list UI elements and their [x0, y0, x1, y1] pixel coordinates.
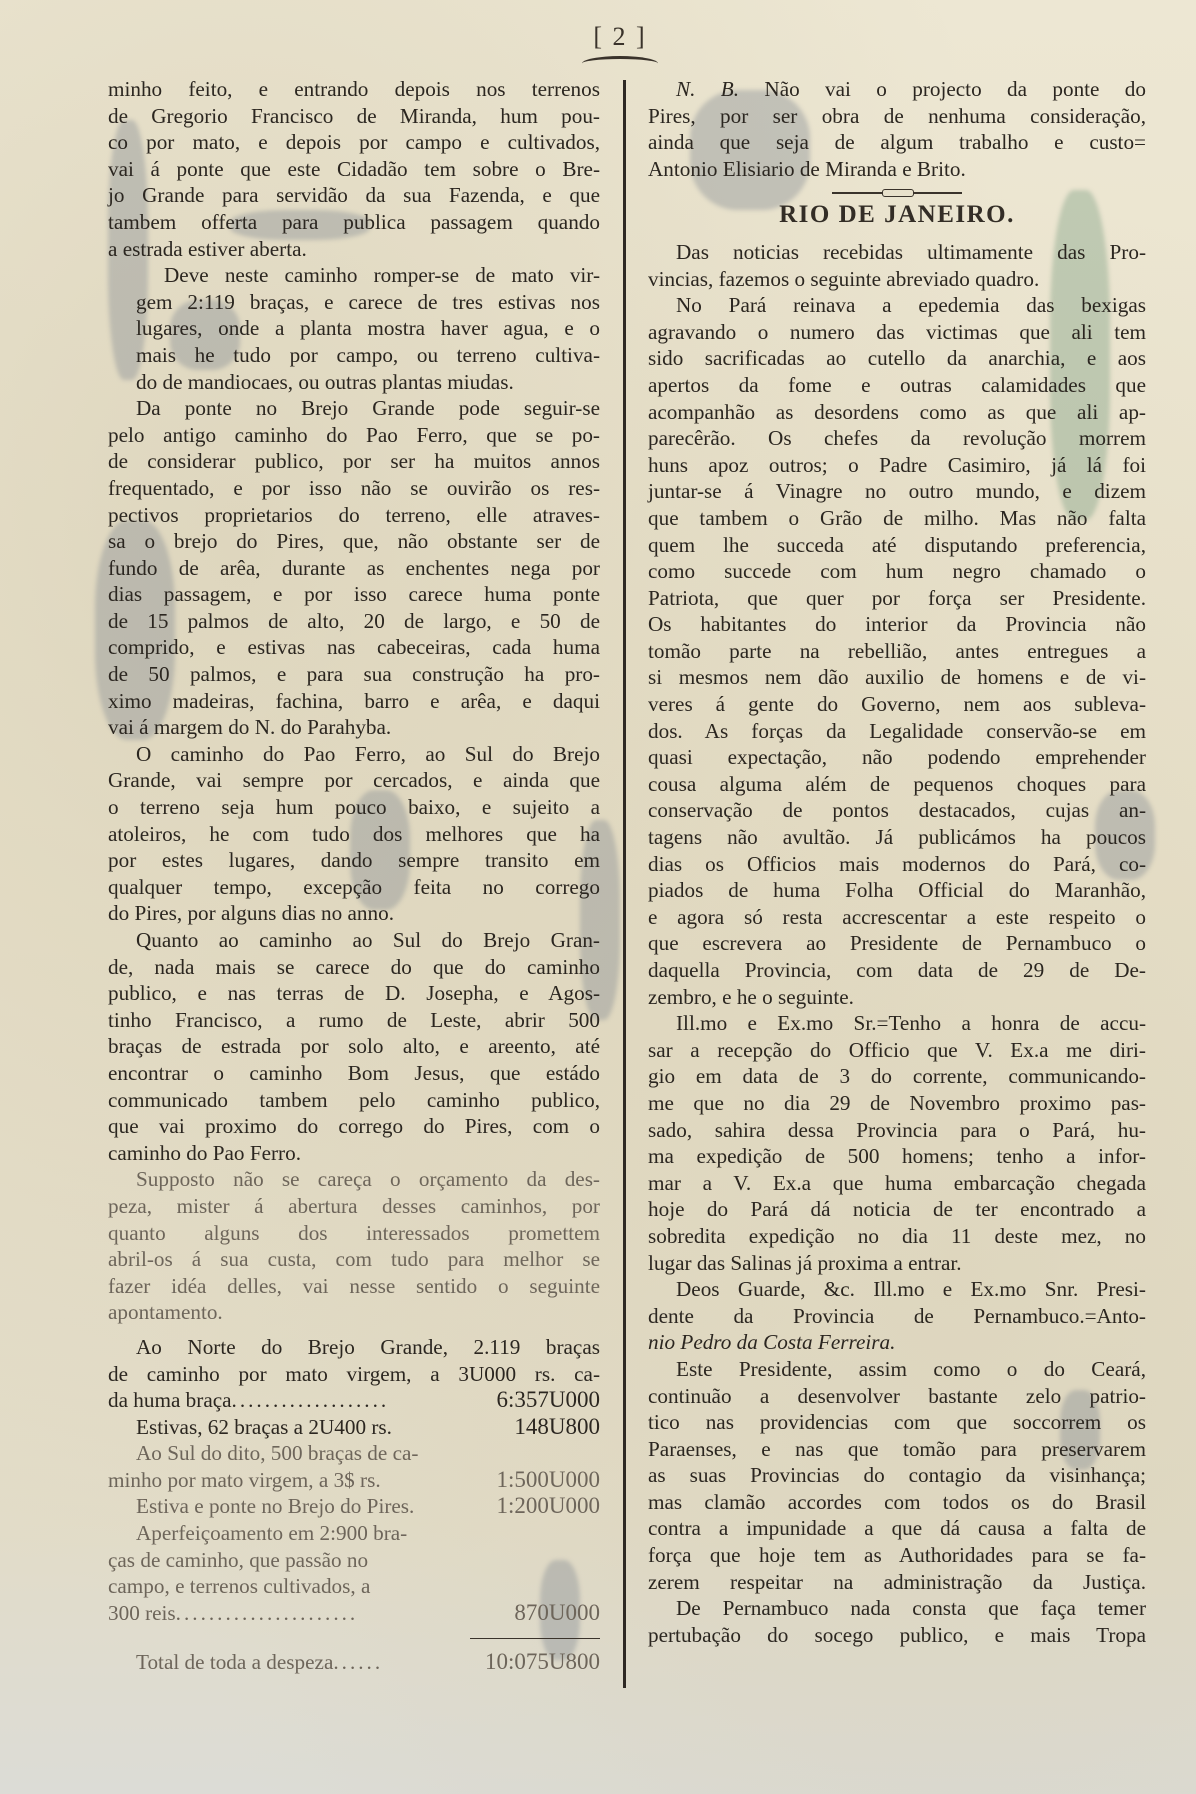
- text-line: Não vai o projecto da ponte do: [764, 77, 1146, 101]
- text-line: a estrada estiver aberta.: [108, 236, 600, 263]
- text-line: Supposto não se careça o orçamento da de…: [108, 1166, 600, 1193]
- text-line: Deve neste caminho romper-se de mato vir…: [108, 262, 600, 289]
- text-line: Quanto ao caminho ao Sul do Brejo Gran-: [108, 927, 600, 954]
- text-line: piados de huma Folha Official do Maranhã…: [648, 877, 1146, 904]
- ledger-amount: 6:357U000: [480, 1387, 600, 1414]
- paragraph: Quanto ao caminho ao Sul do Brejo Gran- …: [108, 927, 600, 1166]
- text-line: publico, e nas terras de D. Josepha, e A…: [108, 980, 600, 1007]
- text-line: caminho do Pao Ferro.: [108, 1140, 600, 1167]
- ledger-description: 300 reis: [108, 1601, 176, 1625]
- text-line: dos. As forças da Legalidade conservão-s…: [648, 718, 1146, 745]
- text-line: Grande, vai sempre por cercados, e ainda…: [108, 767, 600, 794]
- text-line: Paraenses, e nas que tomão para preserva…: [648, 1436, 1146, 1463]
- text-line: hoje do Pará dá noticia de ter encontrad…: [648, 1196, 1146, 1223]
- ledger-description: Aperfeiçoamento em 2:900 bra-: [108, 1520, 600, 1547]
- text-line: que tambem o Grão de milho. Mas não falt…: [648, 505, 1146, 532]
- text-line: apontamento.: [108, 1299, 600, 1326]
- text-line: atoleiros, he com tudo dos melhores que …: [108, 821, 600, 848]
- text-line: tinho Francisco, a rumo de Leste, abrir …: [108, 1007, 600, 1034]
- nb-label: N. B.: [676, 77, 739, 101]
- text-line: vai á margem do N. do Parahyba.: [108, 714, 600, 741]
- ledger-total-amount: 10:075U800: [485, 1649, 600, 1676]
- ledger-description: Ao Norte do Brejo Grande, 2.119 braças: [108, 1334, 600, 1361]
- text-line: quanto alguns dos interessados promettem: [108, 1220, 600, 1247]
- ledger-total-row: Total de toda a despeza...... 10:075U800: [108, 1649, 600, 1676]
- ledger-description: da huma braça: [108, 1388, 232, 1412]
- text-line: que vai proximo do corrego do Pires, com…: [108, 1113, 600, 1140]
- text-line: sa o brejo do Pires, que, não obstante s…: [108, 528, 600, 555]
- text-line: Antonio Elisiario de Miranda e Brito.: [648, 156, 1146, 183]
- ledger-amount: 148U800: [480, 1414, 600, 1441]
- text-line: tico nas providencias com que soccorrem …: [648, 1409, 1146, 1436]
- text-line: tagens não avultão. Já publicámos ha pou…: [648, 824, 1146, 851]
- text-line: do Pires, por alguns dias no anno.: [108, 900, 600, 927]
- ledger-row: Aperfeiçoamento em 2:900 bra- ças de cam…: [108, 1520, 600, 1626]
- section-title: RIO DE JANEIRO.: [648, 202, 1146, 229]
- text-line: acompanhão as desordens como as que ali …: [648, 399, 1146, 426]
- text-line: força que hoje tem as Authoridades para …: [648, 1542, 1146, 1569]
- text-line: de considerar publico, por ser ha muitos…: [108, 448, 600, 475]
- text-line: o terreno seja hum pouco baixo, e sujeit…: [108, 794, 600, 821]
- text-line: minho feito, e entrando depois nos terre…: [108, 76, 600, 103]
- text-line: conservação de pontos destacados, cujas …: [648, 797, 1146, 824]
- text-line: de Gregorio Francisco de Miranda, hum po…: [108, 103, 600, 130]
- text-line: jo Grande para servidão da sua Fazenda, …: [108, 182, 600, 209]
- text-line: lugares, onde a planta mostra haver agua…: [108, 315, 600, 342]
- text-line: De Pernambuco nada consta que faça temer: [648, 1595, 1146, 1622]
- text-line: as suas Provincias do contagio da visinh…: [648, 1462, 1146, 1489]
- text-line: Ill.mo e Ex.mo Sr.=Tenho a honra de accu…: [648, 1010, 1146, 1037]
- text-line: gem 2:119 braças, e carece de tres estiv…: [108, 289, 600, 316]
- text-line: sar a recepção do Officio que V. Ex.a me…: [648, 1037, 1146, 1064]
- text-line: braças de estrada por solo alto, e areen…: [108, 1033, 600, 1060]
- text-line: Da ponte no Brejo Grande pode seguir-se: [108, 395, 600, 422]
- ledger-row: Ao Norte do Brejo Grande, 2.119 braças d…: [108, 1334, 600, 1414]
- paragraph: Das noticias recebidas ultimamente das P…: [648, 239, 1146, 292]
- paragraph: De Pernambuco nada consta que faça temer…: [648, 1595, 1146, 1648]
- text-line: contra a impunidade a que dá causa a fal…: [648, 1515, 1146, 1542]
- text-line: dias os Officios mais modernos do Pará, …: [648, 851, 1146, 878]
- text-line: ma expedição de 500 homens; tenho a info…: [648, 1143, 1146, 1170]
- text-line: me que no dia 29 de Novembro proximo pas…: [648, 1090, 1146, 1117]
- ledger-row: Estivas, 62 braças a 2U400 rs. 148U800: [108, 1414, 600, 1441]
- text-line: parecêrão. Os chefes da revolução morrem: [648, 425, 1146, 452]
- text-line: que escrevera ao Presidente de Pernambuc…: [648, 930, 1146, 957]
- text-line: dente da Provincia de Pernambuco.=Anto-: [648, 1303, 1146, 1330]
- text-line: sado, sahira dessa Provincia para o Pará…: [648, 1117, 1146, 1144]
- text-line: co por mato, e depois por campo e cultiv…: [108, 129, 600, 156]
- text-line: gio em data de 3 do corrente, communican…: [648, 1063, 1146, 1090]
- text-line: de, nada mais se carece do que do caminh…: [108, 954, 600, 981]
- text-line: qualquer tempo, excepção feita no correg…: [108, 874, 600, 901]
- text-line: continuão a desenvolver bastante zelo pa…: [648, 1383, 1146, 1410]
- text-line: veres á gente do Governo, nem aos sublev…: [648, 691, 1146, 718]
- text-line: Patriota, que quer por força ser Preside…: [648, 585, 1146, 612]
- ledger-description: Ao Sul do dito, 500 braças de ca-: [108, 1440, 600, 1467]
- text-line: como succede com hum negro chamado o: [648, 558, 1146, 585]
- text-line: Os habitantes do interior da Provincia n…: [648, 611, 1146, 638]
- text-line: por estes lugares, dando sempre transito…: [108, 847, 600, 874]
- ledger-description: campo, e terrenos cultivados, a: [108, 1573, 600, 1600]
- text-line: zerem respeitar na administração da Just…: [648, 1569, 1146, 1596]
- ledger-dots: ......: [333, 1650, 383, 1674]
- nb-paragraph: N. B. Não vai o projecto da ponte do Pir…: [648, 76, 1146, 182]
- ledger-description: minho por mato virgem, a 3$ rs.: [108, 1467, 480, 1494]
- text-line: quem lhe succeda até disputando preferen…: [648, 532, 1146, 559]
- column-divider: [623, 80, 626, 1688]
- text-line: agravando o numero das victimas que ali …: [648, 319, 1146, 346]
- page-number: [ 2 ]: [585, 22, 655, 52]
- text-line: zembro, e he o seguinte.: [648, 984, 1146, 1011]
- section-divider-ornament: [832, 192, 962, 194]
- text-line: vincias, fazemos o seguinte abreviado qu…: [648, 266, 1146, 293]
- text-line: mar a V. Ex.a que huma embarcação chegad…: [648, 1170, 1146, 1197]
- text-line: Das noticias recebidas ultimamente das P…: [648, 239, 1146, 266]
- text-line: Pires, por ser obra de nenhuma considera…: [648, 103, 1146, 130]
- text-line: encontrar o caminho Bom Jesus, que estád…: [108, 1060, 600, 1087]
- text-line: lugar das Salinas já proxima a entrar.: [648, 1250, 1146, 1277]
- text-line: tambem offerta para publica passagem qua…: [108, 209, 600, 236]
- text-line: ainda que seja de algum trabalho e custo…: [648, 129, 1146, 156]
- text-line: pectivos proprietarios do terreno, elle …: [108, 502, 600, 529]
- text-line: ximo madeiras, fachina, barro e arêa, e …: [108, 688, 600, 715]
- text-line: communicado tambem pelo caminho publico,: [108, 1087, 600, 1114]
- left-column: minho feito, e entrando depois nos terre…: [108, 76, 600, 1676]
- text-line: do de mandiocaes, ou outras plantas miud…: [108, 369, 600, 396]
- ledger-amount: 1:500U000: [480, 1467, 600, 1494]
- ledger-row: Estiva e ponte no Brejo do Pires. 1:200U…: [108, 1493, 600, 1520]
- text-line: quasi expectação, não podendo emprehende…: [648, 744, 1146, 771]
- ledger-amount: 870U000: [480, 1600, 600, 1627]
- text-line: cousa alguma além de pequenos choques pa…: [648, 771, 1146, 798]
- ledger-description: Estivas, 62 braças a 2U400 rs.: [108, 1414, 480, 1441]
- ledger-description: Estiva e ponte no Brejo do Pires.: [108, 1493, 480, 1520]
- paragraph: minho feito, e entrando depois nos terre…: [108, 76, 600, 262]
- paragraph: No Pará reinava a epedemia das bexigas a…: [648, 292, 1146, 1010]
- text-line: Deos Guarde, &c. Ill.mo e Ex.mo Snr. Pre…: [648, 1276, 1146, 1303]
- ledger-total-label: Total de toda a despeza: [136, 1650, 333, 1674]
- text-line: fundo de arêa, durante as enchentes nega…: [108, 555, 600, 582]
- ledger-description: de caminho por mato virgem, a 3U000 rs. …: [108, 1361, 600, 1388]
- text-line: comprido, e estivas nas cabeceiras, cada…: [108, 634, 600, 661]
- text-line: frequentado, e por isso não se ouvirão o…: [108, 475, 600, 502]
- ledger-description: ças de caminho, que passão no: [108, 1547, 600, 1574]
- text-line: tomão parte na rebellião, antes entregue…: [648, 638, 1146, 665]
- text-line: mais he tudo por campo, ou terreno culti…: [108, 342, 600, 369]
- text-line: sido sacrificadas ao cutello da anarchia…: [648, 345, 1146, 372]
- page-number-ornament: [582, 56, 658, 71]
- paragraph: Supposto não se careça o orçamento da de…: [108, 1166, 600, 1326]
- text-line: de 50 palmos, e para sua construção ha p…: [108, 661, 600, 688]
- newspaper-page: [ 2 ] minho feito, e entrando depois nos…: [0, 0, 1196, 1794]
- paragraph: Este Presidente, assim como o do Ceará, …: [648, 1356, 1146, 1595]
- ledger-dots: ......................: [176, 1601, 359, 1625]
- text-line: abril-os á sua custa, com tudo para melh…: [108, 1246, 600, 1273]
- ledger-dots: ...................: [232, 1388, 390, 1412]
- ledger-row: Ao Sul do dito, 500 braças de ca- minho …: [108, 1440, 600, 1493]
- text-line: daquella Provincia, com data de 29 de De…: [648, 957, 1146, 984]
- text-line: sobredita expedição no dia 11 deste mez,…: [648, 1223, 1146, 1250]
- text-line: e agora só resta accrescentar a este res…: [648, 904, 1146, 931]
- text-line: juntar-se á Vinagre no outro mundo, e di…: [648, 478, 1146, 505]
- paragraph: Da ponte no Brejo Grande pode seguir-se …: [108, 395, 600, 741]
- expense-ledger: Ao Norte do Brejo Grande, 2.119 braças d…: [108, 1334, 600, 1676]
- paragraph: O caminho do Pao Ferro, ao Sul do Brejo …: [108, 741, 600, 927]
- text-line: dias passagem, e por isso carece huma po…: [108, 581, 600, 608]
- text-line: huns apoz outros; o Padre Casimiro, já l…: [648, 452, 1146, 479]
- text-line: peza, mister á abertura desses caminhos,…: [108, 1193, 600, 1220]
- official-letter: Ill.mo e Ex.mo Sr.=Tenho a honra de accu…: [648, 1010, 1146, 1276]
- ledger-sum-rule: [470, 1638, 600, 1639]
- paragraph: Deve neste caminho romper-se de mato vir…: [108, 262, 600, 395]
- text-line: vai á ponte que este Cidadão tem sobre o…: [108, 156, 600, 183]
- text-line: si mesmos nem dão auxilio de homens e de…: [648, 664, 1146, 691]
- right-column: N. B. Não vai o projecto da ponte do Pir…: [648, 76, 1146, 1648]
- text-line: apertos da fome e outras calamidades que: [648, 372, 1146, 399]
- text-line: mas clamão accordes com todos os do Bras…: [648, 1489, 1146, 1516]
- ledger-amount: 1:200U000: [480, 1493, 600, 1520]
- text-line: pelo antigo caminho do Pao Ferro, que se…: [108, 422, 600, 449]
- text-line: Este Presidente, assim como o do Ceará,: [648, 1356, 1146, 1383]
- text-line: fazer idéa delles, vai nesse sentido o s…: [108, 1273, 600, 1300]
- letter-signature: Deos Guarde, &c. Ill.mo e Ex.mo Snr. Pre…: [648, 1276, 1146, 1356]
- text-line: pertubação do socego publico, e mais Tro…: [648, 1622, 1146, 1649]
- text-line: No Pará reinava a epedemia das bexigas: [648, 292, 1146, 319]
- signature-name: nio Pedro da Costa Ferreira.: [648, 1329, 1146, 1356]
- text-line: de 15 palmos de alto, 20 de largo, e 50 …: [108, 608, 600, 635]
- text-line: O caminho do Pao Ferro, ao Sul do Brejo: [108, 741, 600, 768]
